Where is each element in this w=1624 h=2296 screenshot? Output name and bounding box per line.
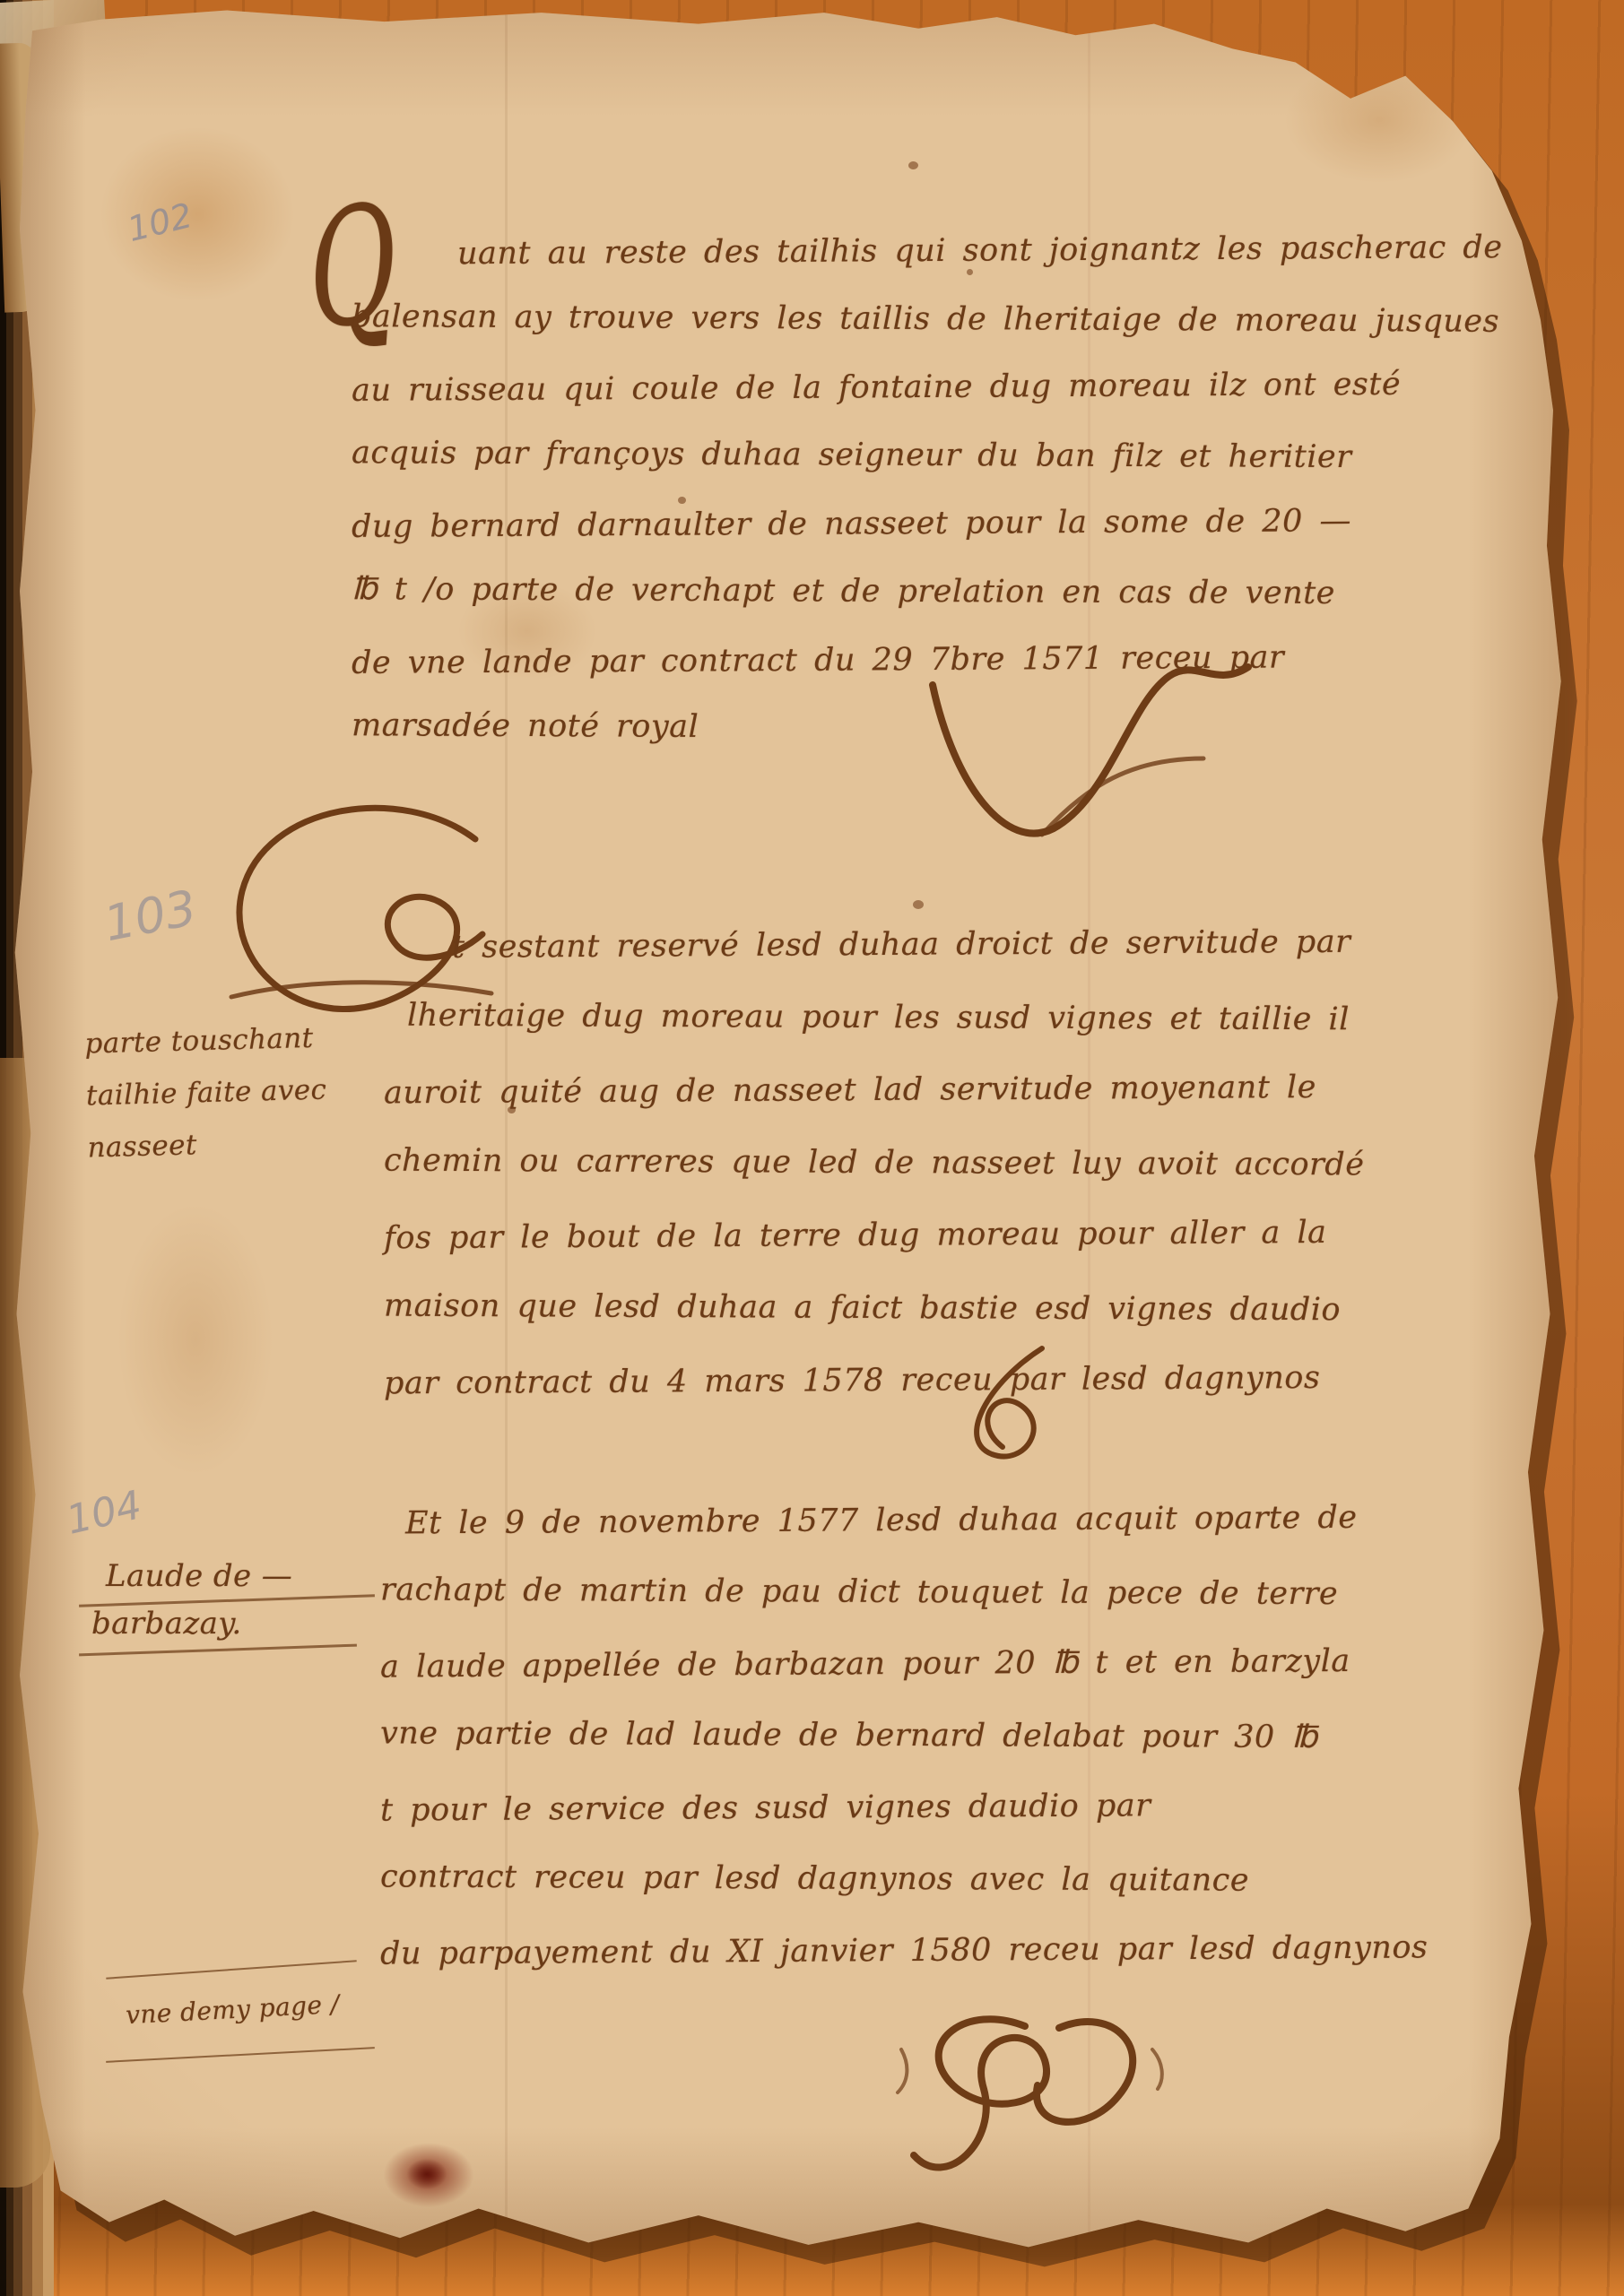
ink-line: vne demy page /	[125, 1988, 375, 2031]
paraph-flourish-2	[925, 1341, 1087, 1462]
margin-note-taillis: parte touschant tailhie faite avec nasse…	[84, 1012, 329, 1174]
ink-line: auroit quité aug de nasseet lad servitud…	[384, 1052, 1365, 1131]
ink-line: tailhie faite avec	[85, 1063, 327, 1122]
ink-line: vne partie de lad laude de bernard delab…	[380, 1697, 1429, 1773]
ink-line: contract receu par lesd dagnynos avec la…	[380, 1841, 1429, 1917]
ink-line: chemin ou carreres que led de nasseet lu…	[384, 1125, 1365, 1202]
ink-line: t pour le service des susd vignes daudio…	[380, 1768, 1429, 1846]
ink-line: uant au reste des tailhis qui sont joign…	[352, 213, 1503, 289]
ink-line: lheritaige dug moreau pour les susd vign…	[384, 980, 1365, 1057]
ink-blot	[908, 161, 918, 169]
paragraph-2: t sestant reservé lesd duhaa droict de s…	[384, 909, 1364, 1417]
margin-note-demy-page: vne demy page /	[106, 1969, 375, 2056]
ink-line: maison que lesd duhaa a faict bastie esd…	[384, 1270, 1365, 1347]
paraph-flourish-3	[883, 1996, 1188, 2206]
ink-line: acquis par françoys duhaa seigneur du ba…	[352, 419, 1503, 492]
ink-line: parte touschant	[84, 1012, 326, 1070]
ink-line: Et le 9 de novembre 1577 lesd duhaa acqu…	[380, 1481, 1429, 1559]
ink-line: balensan ay trouve vers les taillis de l…	[352, 282, 1503, 356]
ink-line: par contract du 4 mars 1578 receu par le…	[384, 1342, 1365, 1421]
ink-blot	[913, 900, 924, 909]
ink-line: du parpayement du XI janvier 1580 receu …	[380, 1911, 1429, 1989]
paragraph-3: Et le 9 de novembre 1577 lesd duhaa acqu…	[380, 1485, 1428, 1987]
ink-line: a laude appellée de barbazan pour 20 ℔ t…	[380, 1625, 1429, 1703]
manuscript-photo: 102 103 104 Q uant au reste des tailhis …	[0, 0, 1624, 2296]
ink-line: ℔ t /o parte de verchapt et de prelation…	[352, 555, 1503, 628]
ink-line: barbazay.	[79, 1606, 375, 1642]
margin-note-laude-de-barbazan: Laude de — barbazay.	[79, 1558, 375, 1651]
ink-line: dug bernard darnaulter de nasseet pour l…	[352, 486, 1503, 561]
ink-line: fos par le bout de la terre dug moreau p…	[384, 1197, 1365, 1276]
ink-line: t sestant reservé lesd duhaa droict de s…	[384, 906, 1365, 985]
paraph-flourish-1	[908, 651, 1275, 857]
ink-line: Laude de —	[79, 1558, 375, 1594]
ink-line: nasseet	[87, 1115, 329, 1174]
ink-line: au ruisseau qui coule de la fontaine dug…	[352, 350, 1503, 425]
ink-line: rachapt de martin de pau dict touquet la…	[380, 1554, 1429, 1630]
